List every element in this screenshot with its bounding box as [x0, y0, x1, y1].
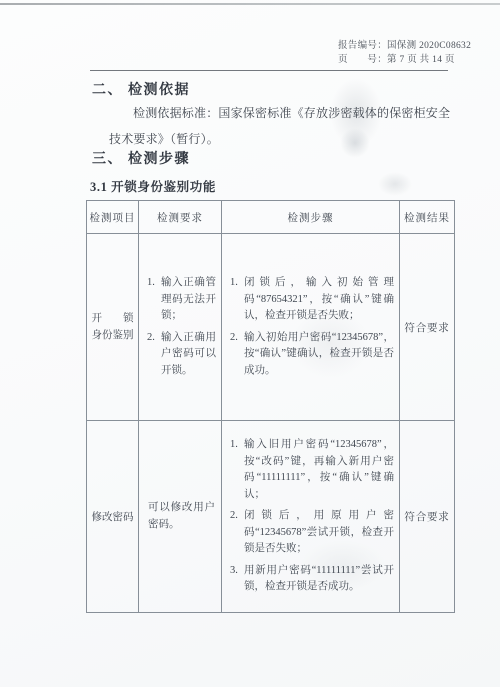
row1-requirement-cell: 1. 输入正确管理码无法开锁； 2. 输入正确用户密码可以开锁。 [139, 234, 222, 421]
row2-item-label: 修改密码 [92, 509, 134, 524]
row1-steps-list: 1. 闭锁后，输入初始管理码“87654321”，按“确认”键确认，检查开锁是否… [222, 270, 399, 384]
row1-result-cell: 符合要求 [400, 234, 454, 421]
test-table: 检测项目 检测要求 检测步骤 检测结果 开 锁 身份鉴别 1. 输入正确管理码无… [86, 200, 455, 613]
list-item: 1. 输入正确管理码无法开锁； [147, 275, 216, 325]
row2-steps-cell: 1. 输入旧用户密码“12345678”，按“改码”键，再输入新用户密码“111… [222, 421, 400, 612]
row2-requirement-cell: 可以修改用户密码。 [139, 421, 222, 612]
row1-result: 符合要求 [404, 320, 449, 335]
row2-result: 符合要求 [404, 509, 449, 524]
section-title-steps: 三、 检测步骤 [92, 148, 190, 168]
list-item: 2. 闭锁后，用原用户密码“12345678”尝试开锁，检查开锁是否失败； [230, 508, 394, 558]
document-header: 报告编号：国保测 2020C08632 页 号：第 7 页 共 14 页 [338, 39, 471, 67]
row1-item-label: 开 锁 身份鉴别 [92, 310, 134, 344]
table-header-steps: 检测步骤 [222, 201, 400, 234]
table-header-item: 检测项目 [87, 201, 139, 234]
row2-requirement: 可以修改用户密码。 [139, 500, 221, 533]
section-title-basis: 二、 检测依据 [92, 79, 190, 99]
list-item: 3. 用新用户密码“11111111”尝试开锁，检查开锁是否成功。 [230, 563, 394, 596]
scan-edge-line [0, 3, 500, 5]
list-item: 2. 输入正确用户密码可以开锁。 [147, 330, 216, 380]
list-item: 2. 输入初始用户密码“12345678”，按“确认”键确认，检查开锁是否成功。 [230, 330, 394, 380]
page-number: 页 号：第 7 页 共 14 页 [338, 53, 471, 67]
list-item: 1. 输入旧用户密码“12345678”，按“改码”键，再输入新用户密码“111… [230, 437, 394, 503]
row2-item-cell: 修改密码 [87, 421, 139, 612]
row2-result-cell: 符合要求 [400, 421, 454, 612]
basis-paragraph-line1: 检测依据标准：国家保密标准《存放涉密载体的保密柜安全 [109, 100, 453, 126]
row1-steps-cell: 1. 闭锁后，输入初始管理码“87654321”，按“确认”键确认，检查开锁是否… [222, 234, 400, 421]
row1-requirement-list: 1. 输入正确管理码无法开锁； 2. 输入正确用户密码可以开锁。 [139, 270, 221, 384]
report-number: 报告编号：国保测 2020C08632 [338, 39, 471, 53]
basis-paragraph: 检测依据标准：国家保密标准《存放涉密载体的保密柜安全 技术要求》（暂行）。 [109, 100, 453, 152]
table-header-result: 检测结果 [400, 201, 454, 234]
row2-steps-list: 1. 输入旧用户密码“12345678”，按“改码”键，再输入新用户密码“111… [222, 432, 399, 601]
list-item: 1. 闭锁后，输入初始管理码“87654321”，按“确认”键确认，检查开锁是否… [230, 275, 394, 325]
table-header-requirement: 检测要求 [139, 201, 222, 234]
subsection-title: 3.1 开锁身份鉴别功能 [90, 177, 216, 195]
header-divider-line [90, 70, 448, 71]
row1-item-cell: 开 锁 身份鉴别 [87, 234, 139, 421]
paper-stain [378, 172, 412, 196]
